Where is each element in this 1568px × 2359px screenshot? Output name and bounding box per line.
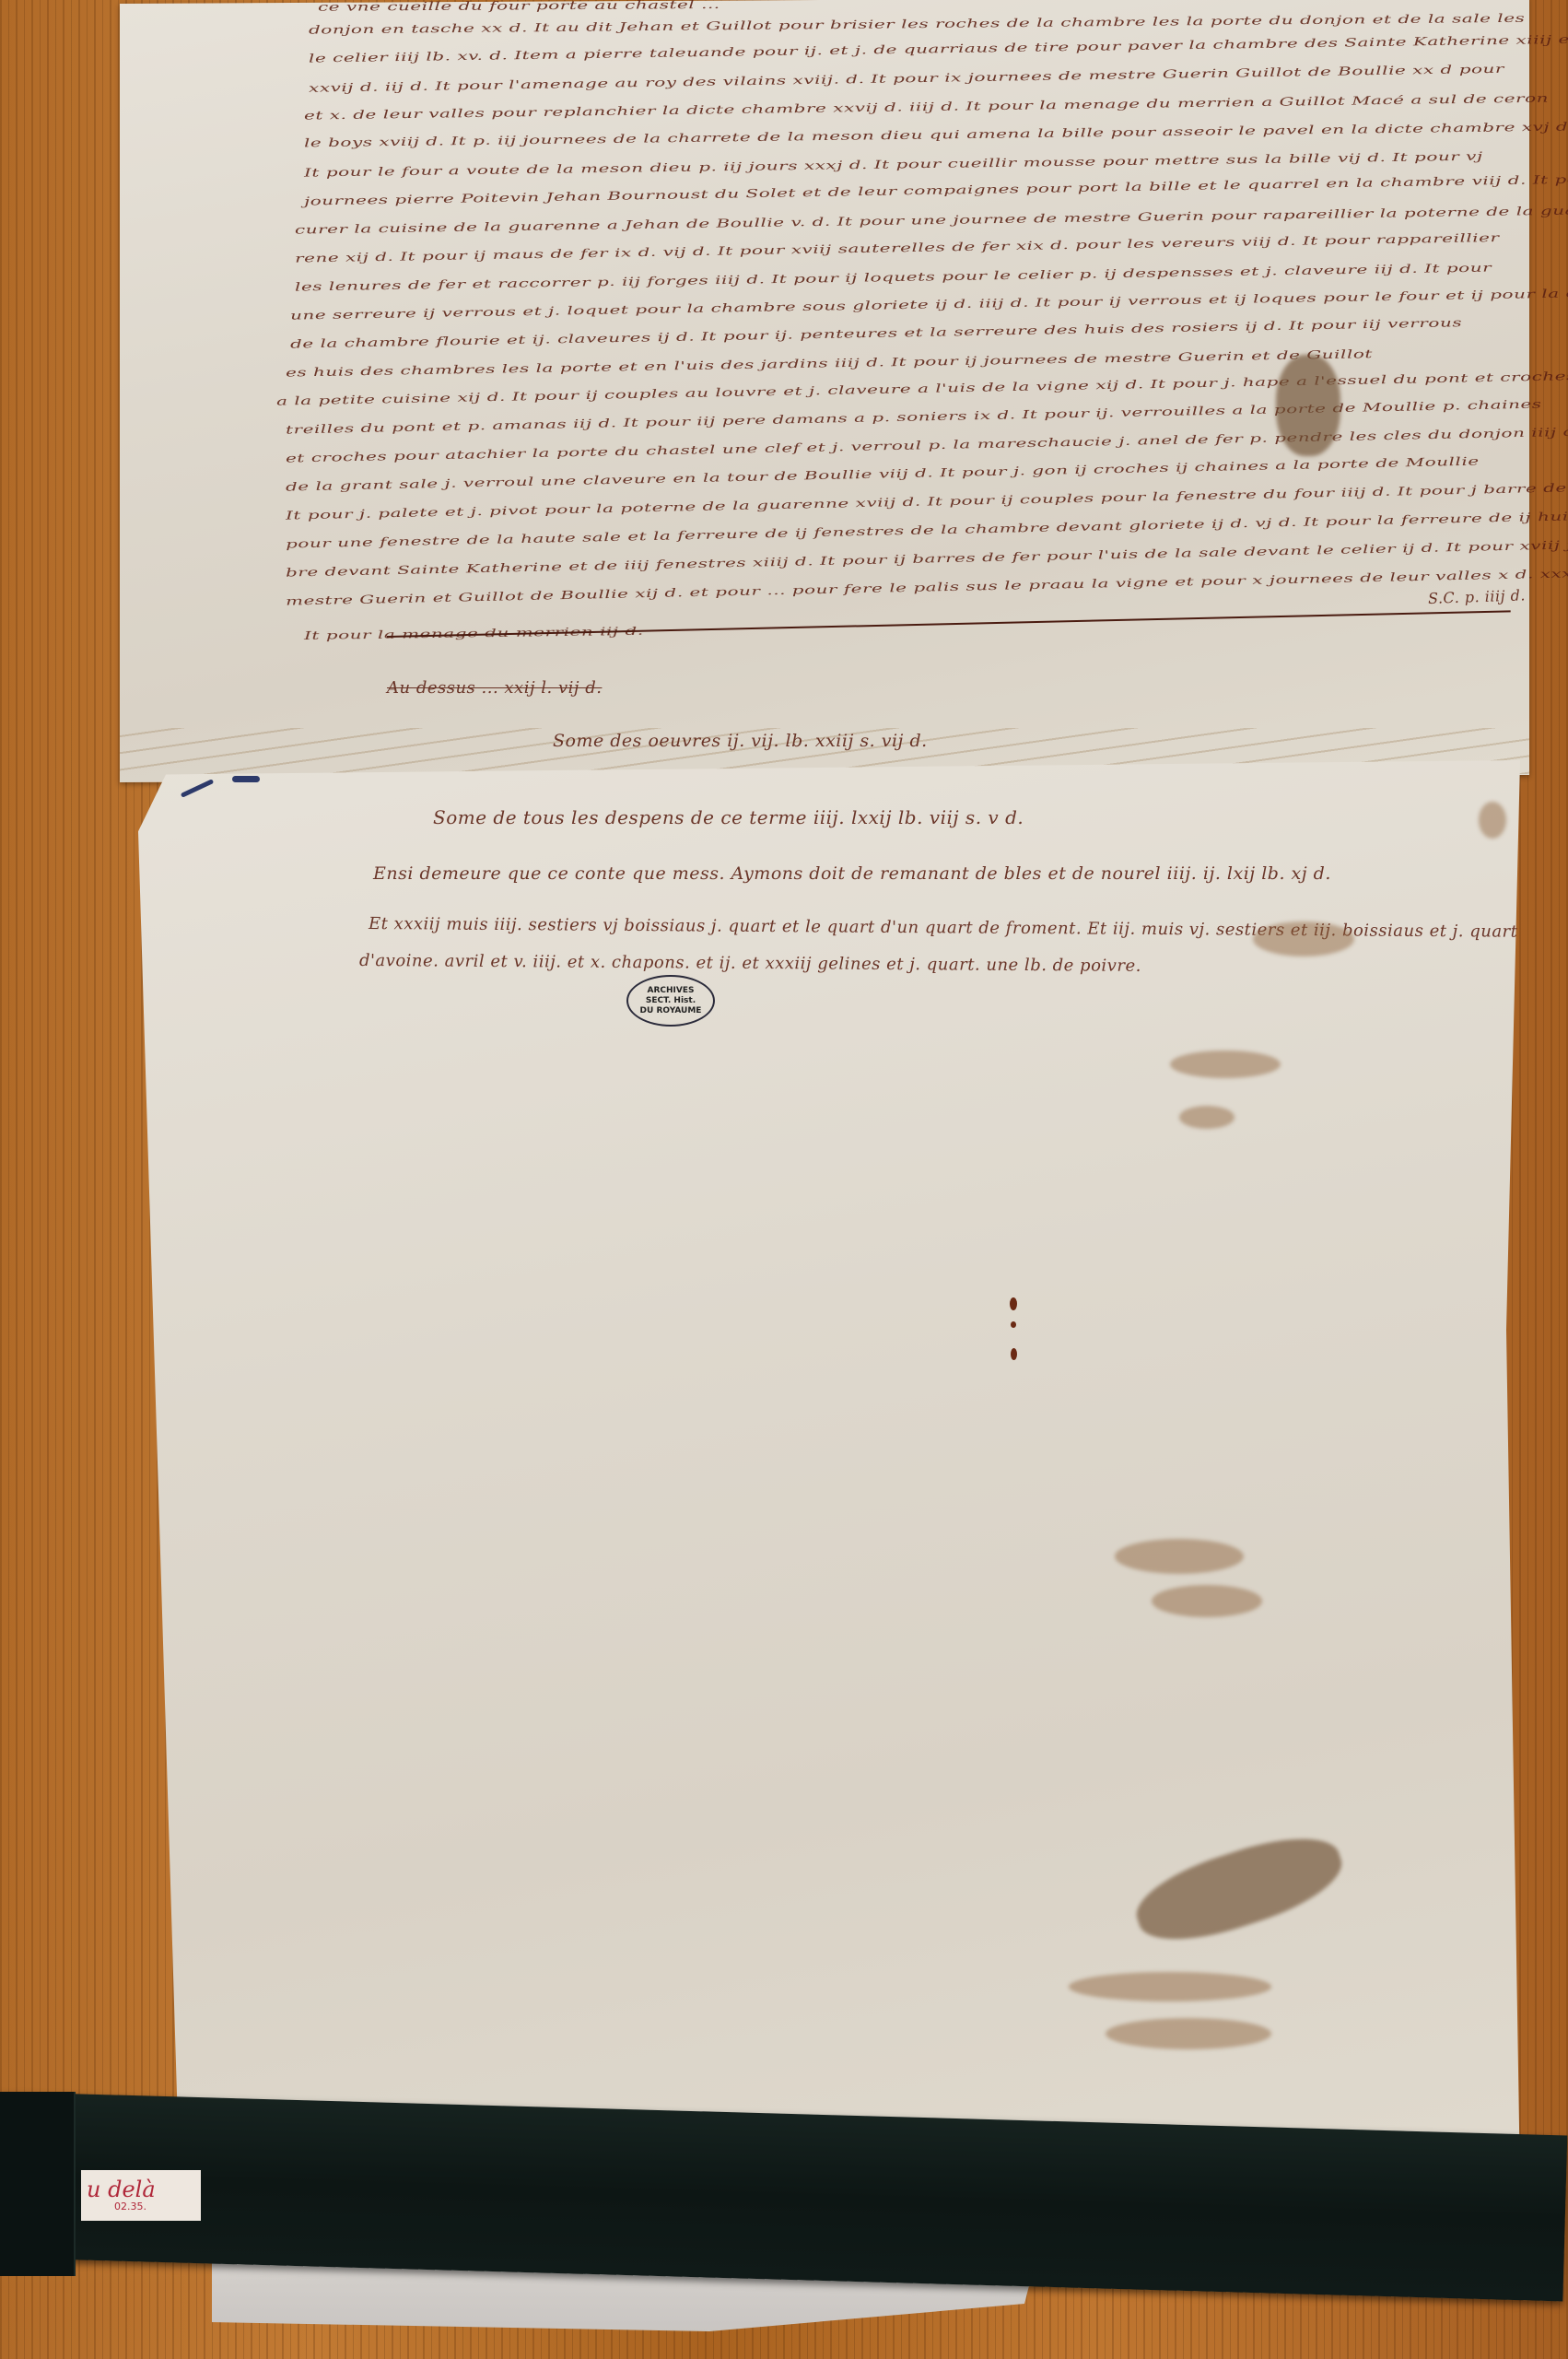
- manuscript-line: de la chambre flourie et ij. claveures i…: [290, 315, 1463, 350]
- stain: [1253, 921, 1354, 957]
- stain: [1179, 1106, 1235, 1129]
- stain: [1170, 1050, 1281, 1078]
- manuscript-line: Ensi demeure que ce conte que mess. Aymo…: [373, 863, 1331, 884]
- strap-buckle-end: [0, 2092, 76, 2276]
- stain: [1115, 1539, 1244, 1574]
- label-code: 02.35.: [114, 2201, 146, 2212]
- manuscript-line: ce vne cueille du four porte au chastel …: [318, 0, 720, 14]
- ink-blot: [1011, 1348, 1017, 1360]
- manuscript-line: donjon en tasche xx d. It au dit Jehan e…: [309, 11, 1526, 37]
- stain: [1069, 1972, 1271, 2001]
- manuscript-line: Some de tous les despens de ce terme iii…: [433, 806, 1024, 828]
- stamp-line-3: DU ROYAUME: [640, 1006, 702, 1016]
- works-total-line: Some des oeuvres ij. vij. lb. xxiij s. v…: [553, 731, 928, 751]
- archives-stamp: ARCHIVES SECT. Hist. DU ROYAUME: [626, 975, 715, 1027]
- manuscript-line: It pour le four a voute de la meson dieu…: [304, 149, 1483, 180]
- stain: [1276, 355, 1340, 456]
- margin-note: S.C. p. iiij d.: [1428, 586, 1527, 607]
- manuscript-line: et x. de leur valles pour replanchier la…: [304, 91, 1550, 123]
- stamp-line-1: ARCHIVES: [648, 986, 695, 996]
- stain: [1152, 1585, 1262, 1617]
- label-text: u delà: [87, 2178, 156, 2201]
- strap-label: u delà 02.35.: [81, 2170, 201, 2221]
- blue-ink-blot: [232, 776, 260, 782]
- manuscript-line: les lenures de fer et raccorrer p. iij f…: [295, 261, 1492, 294]
- stain: [1106, 2018, 1271, 2049]
- manuscript-line: le celier iiij lb. xv. d. Item a pierre …: [309, 30, 1568, 65]
- stamp-line-2: SECT. Hist.: [646, 996, 696, 1006]
- lower-parchment-sheet: [138, 760, 1520, 2184]
- struck-total-line: Au dessus ... xxij l. vij d.: [387, 678, 602, 698]
- manuscript-line: es huis des chambres les la porte et en …: [286, 346, 1374, 379]
- manuscript-line: rene xij d. It pour ij maus de fer ix d.…: [295, 230, 1500, 265]
- ink-blot: [1011, 1321, 1016, 1328]
- manuscript-line: journees pierre Poitevin Jehan Bournoust…: [304, 171, 1568, 207]
- ink-blot: [1010, 1297, 1017, 1310]
- stain: [1479, 802, 1506, 839]
- manuscript-line: xxvij d. iij d. It pour l'amenage au roy…: [309, 62, 1505, 95]
- manuscript-line: curer la cuisine de la guarenne a Jehan …: [295, 204, 1568, 237]
- manuscript-line: le boys xviij d. It p. iij journees de l…: [304, 120, 1568, 150]
